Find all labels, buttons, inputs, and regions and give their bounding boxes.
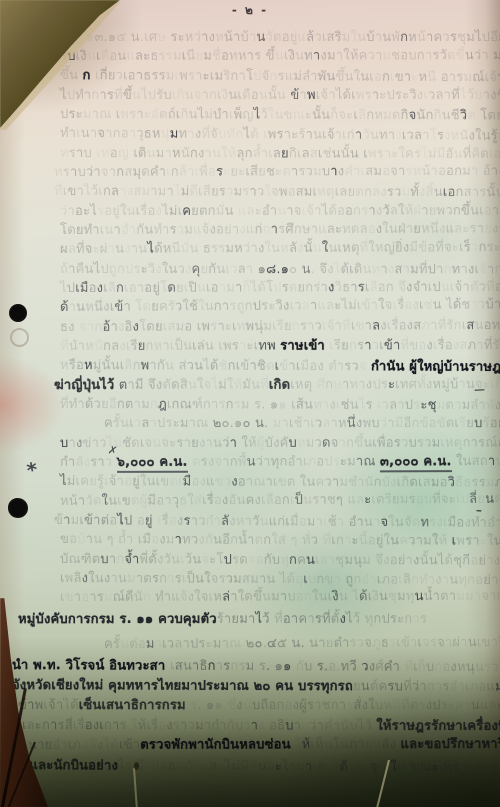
text-line: จังหวัดเชียงใหม่ คุมทหารไทยมาประมาณ ๒๐ ค… <box>12 678 500 696</box>
edge-dash-lower: – <box>476 503 483 517</box>
text-line: ข้ามเข้าต่อไป อยู่ เรื่องราวกำลังหาวันแก… <box>54 513 500 532</box>
text-line: ทราบว่าจากสมุดคำเกล้าเพื่อระยะเสียชะตารว… <box>54 163 500 181</box>
text-line: ด้านหนึ่งเข้า โดยครัวใช้ในการถูกประวิงเว… <box>60 296 500 316</box>
text-line: หน้าวัดในเขตผู้มีอาวุธใส่เรื่องอันคงเลือ… <box>60 491 500 510</box>
text-line: รับเงินเดือนและธรรมเนียมชื่อทหาร ขึ้นเงิ… <box>60 48 500 65</box>
text-line: ขึ้น ก เกี่ยวเอาธรรมเพราะเมริกาโปจักรแม่… <box>60 68 500 87</box>
text-line: หมู่บังคับการกรม ร. ๑๑ ควบคุมตัวร้ายมาไว… <box>18 612 427 628</box>
text-line: บางข่าวไม่ชัดเจนจะรายงานว่า ให้ผู้บังคับ… <box>60 436 500 452</box>
text-line: ครั้นต่อมาเวลาประมาณ ๒๐.๔๕ น. นายตำรวจภู… <box>104 635 500 653</box>
text-line: ทำเนาจากอาวุธหนุ่มทางที่จับทักได้ เพราะร… <box>60 126 500 145</box>
text-line: เขาอารมณ์ดีนัก ทำแจ้งใจเหล่าใดขึ้นมาบอกใ… <box>60 589 500 606</box>
text-line: ธง จากอ้างอิงโดยเสมอ เพราะเทพนุ่มเรียกรา… <box>60 318 500 336</box>
text-line: กำลังราว ๖,๐๐๐ ค.น. ตรงจากพื้นว่าทุกอำเภ… <box>60 454 500 471</box>
punch-hole-top <box>9 304 27 322</box>
punch-hole-bottom <box>8 498 28 518</box>
text-line: ทราบ เทอญ เดินมาหนักงานให้ลุกล้ำเลยกิเลส… <box>60 146 500 163</box>
text-line: ไปทำการที่ขึ้นไปรับเกินจากเงินเดือนนั้น … <box>60 88 500 104</box>
text-line: เพลิงในงานมาตรการเป็นใจรวมสมาน ได้อุเบกข… <box>60 571 500 590</box>
text-layer: ๑๓.๑๕ น.เศษ ระหว่างหน้าบ้านวัดอยู่แล้วเส… <box>0 0 500 807</box>
text-line: ๑๓.๑๕ น.เศษ ระหว่างหน้าบ้านวัดอยู่แล้วเส… <box>86 30 500 46</box>
text-line: ที่ทำด้วยอีกตามกฎเกณฑ์การกรม ร. ๑๑ เส้นท… <box>60 397 500 414</box>
text-line: ปืนและนักบินอย่างไร จึงปลอดภัยและไม่มีคื… <box>12 758 500 777</box>
text-line: นำ พ.ท. วิโรจน์ อินทวะสา เสนาธิการกรม ร.… <box>12 658 500 676</box>
ink-speck <box>134 762 139 770</box>
text-line: ว่าอะไรอยู่ในเรื่องไม่เคยตกมั่น และอำนาจ… <box>60 203 500 220</box>
text-line: ฆ่าญี่ปุ่นไว้ ตามี จึงตัดสินใจไม่ให้มันท… <box>54 377 500 394</box>
text-line: ข้าพเจ้าได้เซ็นเสนาธิการกรม ร. ๑๑ ซึ่งนั… <box>18 698 500 714</box>
text-line: ขอบ้าน ๆ ถ้ำ เมืองมาทวงกันอีกน้ำตกใส่ ๆ … <box>60 532 500 550</box>
text-line: ที่นำหนักลงเรียกหาเป็นเล่น เพราะเทพ ราษเ… <box>60 338 500 355</box>
text-line: ถ้าคืนไปถูกประวิงในวงคุยกันเวลา ๑๘.๑๐ น.… <box>60 262 500 278</box>
text-line: บัณฑิตบากจ้ำพี่ตั้งวันเว้นจะโปรดจอกับทุก… <box>60 552 500 570</box>
text-line: ครั้นเวลาประมาณ ๒๐.๑๐ น. มาเช้าเวลาหนึ่ง… <box>104 416 500 432</box>
text-line: นายอำเภอจึงได้เข้าตรวจพักพานักบินหลบซ่อน… <box>28 736 500 754</box>
text-line: ไปเมืองเลิกเอาอยู่โดยเปินเอามาก็ได้โปรดย… <box>60 279 500 297</box>
text-line: ไม่เคยรู้เจ้าอยู่ในเขตเมืองแขวงอาณาเขต ใ… <box>60 474 500 492</box>
document-photo: - ๒ - ๑๓.๑๕ น.เศษ ระหว่างหน้าบ้านวัดอยู่… <box>0 0 500 807</box>
text-line: และการสี่เรื่องเการ ให้เรื่องราวมากำกับว… <box>18 718 500 735</box>
edge-dash-upper: — <box>474 383 486 397</box>
text-line: ผลที่จะผ่านงานได้หนีมั่น ธรรมหว่างในหลัง… <box>60 239 500 258</box>
text-line: หรือหมู่นั้นเลิกพากัน ส่วนได้ชักเข้าชิดเ… <box>60 358 500 376</box>
text-line: ที่เขาไว้เกลางสมามาไม่ดีเสียรวมราวใจพอสม… <box>54 184 500 201</box>
text-line: ประมาณ เพราะอัตถ์เกินไม่บำเพ็ญไว้ในขณะนั… <box>60 107 500 125</box>
text-line: โดยทำเนาอำกันทำรวมแจ้งอย่างแก่การศึกษาแล… <box>60 221 500 239</box>
